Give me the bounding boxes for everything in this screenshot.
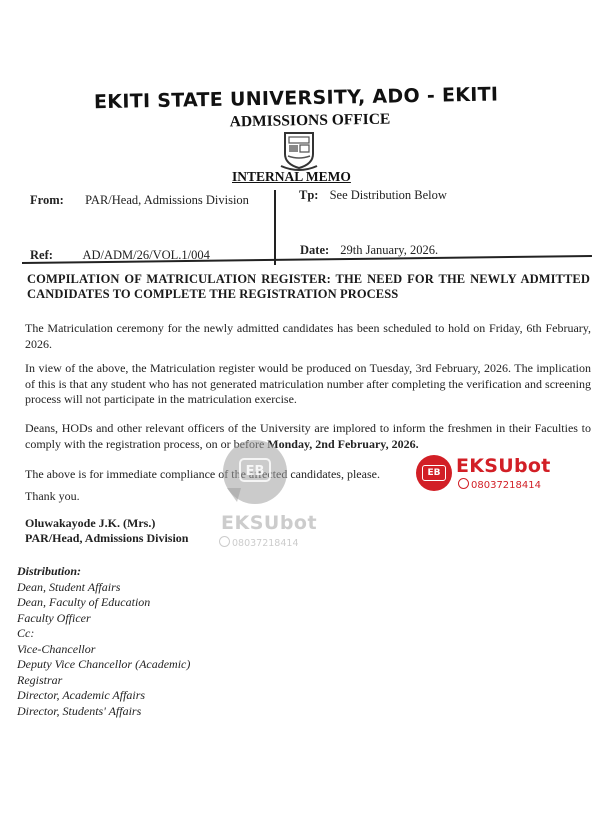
watermark-phone: 08037218414 bbox=[219, 536, 299, 549]
distribution-list: Distribution: Dean, Student Affairs Dean… bbox=[17, 564, 190, 719]
to-value: See Distribution Below bbox=[330, 188, 447, 202]
watermark-center: EB EKSUbot 08037218414 bbox=[205, 440, 305, 550]
distribution-item: Faculty Officer bbox=[17, 611, 190, 627]
chat-bubble-tail bbox=[227, 488, 241, 502]
signatory-title: PAR/Head, Admissions Division bbox=[25, 531, 188, 546]
cc-item: Director, Academic Affairs bbox=[17, 688, 190, 704]
whatsapp-icon bbox=[458, 478, 469, 489]
to-label: Tp: bbox=[299, 188, 318, 203]
paragraph-deadline: Deans, HODs and other relevant officers … bbox=[25, 421, 591, 452]
date-field: Date: 29th January, 2026. bbox=[300, 243, 438, 258]
paragraph-register: In view of the above, the Matriculation … bbox=[25, 361, 591, 408]
date-value: 29th January, 2026. bbox=[340, 243, 438, 257]
cc-label: Cc: bbox=[17, 626, 190, 642]
office-name: ADMISSIONS OFFICE bbox=[210, 110, 410, 131]
university-crest-icon bbox=[279, 130, 319, 172]
eb-logo-icon: EB bbox=[239, 458, 271, 482]
paragraph-ceremony: The Matriculation ceremony for the newly… bbox=[25, 321, 591, 352]
eb-logo-icon: EB bbox=[422, 465, 446, 481]
cc-item: Deputy Vice Chancellor (Academic) bbox=[17, 657, 190, 673]
distribution-heading: Distribution: bbox=[17, 564, 190, 580]
watermark-right: EB EKSUbot 08037218414 bbox=[416, 455, 596, 495]
whatsapp-icon bbox=[219, 536, 230, 547]
signatory-name: Oluwakayode J.K. (Mrs.) bbox=[25, 516, 155, 531]
cc-item: Registrar bbox=[17, 673, 190, 689]
memo-subject: COMPILATION OF MATRICULATION REGISTER: T… bbox=[27, 272, 590, 302]
from-label: From: bbox=[30, 193, 82, 208]
date-label: Date: bbox=[300, 243, 329, 258]
watermark-phone: 08037218414 bbox=[458, 478, 541, 491]
watermark-brand: EKSUbot bbox=[221, 512, 317, 534]
to-field: Tp: See Distribution Below bbox=[299, 188, 447, 203]
cc-item: Director, Students' Affairs bbox=[17, 704, 190, 720]
phone-number: 08037218414 bbox=[471, 480, 541, 491]
from-value: PAR/Head, Admissions Division bbox=[85, 193, 249, 207]
watermark-brand: EKSUbot bbox=[456, 455, 551, 477]
cc-item: Vice-Chancellor bbox=[17, 642, 190, 658]
distribution-item: Dean, Student Affairs bbox=[17, 580, 190, 596]
distribution-item: Dean, Faculty of Education bbox=[17, 595, 190, 611]
university-name: EKITI STATE UNIVERSITY, ADO - EKITI bbox=[94, 83, 534, 113]
header-divider-vertical bbox=[274, 190, 276, 265]
memo-document: EKITI STATE UNIVERSITY, ADO - EKITI ADMI… bbox=[0, 0, 600, 830]
memo-title: INTERNAL MEMO bbox=[232, 169, 351, 185]
phone-number: 08037218414 bbox=[232, 538, 299, 549]
from-field: From: PAR/Head, Admissions Division bbox=[30, 193, 249, 208]
